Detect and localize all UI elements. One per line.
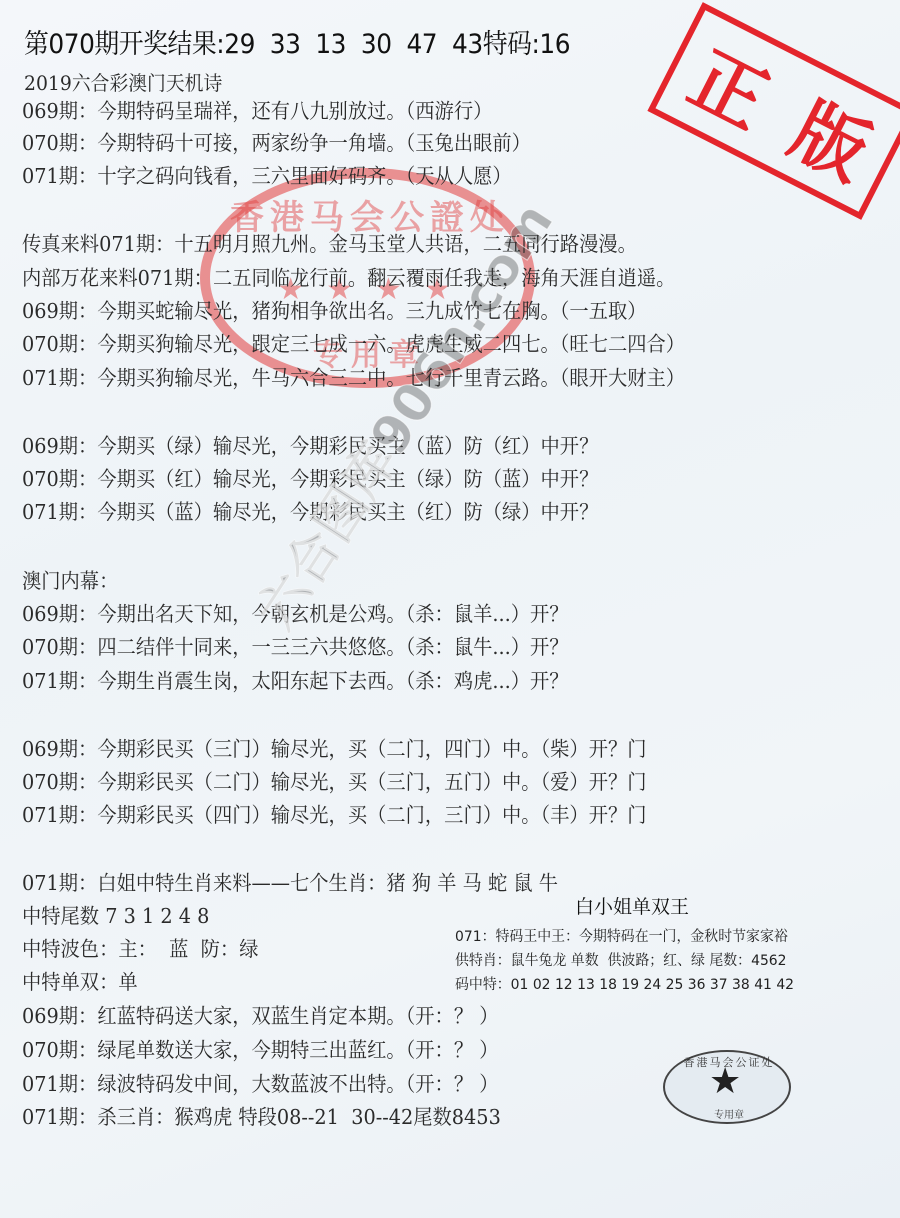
macau-line: 070期：四二结伴十同来，一三三六共悠悠。（杀：鼠牛...）开？ bbox=[22, 634, 569, 660]
fax-line: 内部万花来料071期：二五同临龙行前。翻云覆雨任我走，海角天涯自逍遥。 bbox=[22, 265, 675, 291]
draw-result-headline: 第070期开奖结果:29 33 13 30 47 43特码:16 bbox=[24, 22, 570, 61]
poem-line: 069期：今期特码呈瑞祥，还有八九别放过。（西游行） bbox=[22, 98, 492, 124]
authentic-stamp: 正 版 bbox=[647, 2, 900, 220]
fax-line: 070期：今期买狗输尽光，跟定三七成一六。虎虎生威二四七。（旺七二四合） bbox=[22, 331, 685, 357]
macau-line: 071期：今期生肖震生岗，太阳东起下去西。（杀：鸡虎...）开？ bbox=[22, 668, 569, 694]
box-line: 供特肖：鼠牛兔龙 单数 供波路；红、绿 尾数：4562 bbox=[455, 949, 787, 970]
door-line: 070期：今期彩民买（二门）输尽光，买（三门，五门）中。（爱）开？门 bbox=[22, 769, 647, 795]
color-line: 070期：今期买（红）输尽光，今期彩民买主（绿）防（蓝）中开？ bbox=[22, 466, 598, 492]
authentic-stamp-char: 正 bbox=[674, 21, 788, 149]
final-line: 071期：绿波特码发中间，大数蓝波不出特。（开：？ ） bbox=[22, 1071, 498, 1097]
bai-oddeven-line: 中特单双：单 bbox=[22, 969, 138, 995]
final-line: 070期：绿尾单数送大家，今期特三出蓝红。（开：？ ） bbox=[22, 1037, 498, 1063]
color-line: 069期：今期买（绿）输尽光，今期彩民买主（蓝）防（红）中开？ bbox=[22, 433, 598, 459]
door-line: 071期：今期彩民买（四门）输尽光，买（二门，三门）中。（丰）开？门 bbox=[22, 802, 647, 828]
door-line: 069期：今期彩民买（三门）输尽光，买（二门，四门）中。（柴）开？门 bbox=[22, 736, 647, 762]
box-line: 071：特码王中王：今期特码在一门，金秋时节家家裕 bbox=[455, 925, 788, 946]
fax-line: 传真来料071期：十五明月照九州。金马玉堂人共语，二五同行路漫漫。 bbox=[22, 231, 637, 257]
bai-zodiac-line: 071期：白姐中特生肖来料——七个生肖：猪 狗 羊 马 蛇 鼠 牛 bbox=[22, 870, 558, 896]
bai-wave-line: 中特波色：主： 蓝 防：绿 bbox=[22, 936, 258, 962]
oval-seal: 香港马会公证处 ★ 专用章 bbox=[663, 1050, 791, 1124]
authentic-stamp-char: 版 bbox=[776, 73, 890, 201]
color-line: 071期：今期买（蓝）输尽光，今期彩民买主（红）防（绿）中开？ bbox=[22, 499, 598, 525]
box-line: 码中特：01 02 12 13 18 19 24 25 36 37 38 41 … bbox=[455, 973, 794, 994]
poem-line: 071期：十字之码向钱看，三六里面好码齐。（天从人愿） bbox=[22, 163, 512, 189]
macau-section-title: 澳门内幕： bbox=[22, 568, 118, 594]
box-title: 白小姐单双王 bbox=[575, 892, 689, 919]
fax-line: 071期：今期买狗输尽光，牛马六合三二中。七行千里青云路。（眼开大财主） bbox=[22, 365, 685, 391]
lottery-document: 香港马会公證处 ★★★★ 专用章 第070期开奖结果:29 33 13 30 4… bbox=[0, 0, 900, 1218]
macau-line: 069期：今期出名天下知，今朝玄机是公鸡。（杀：鼠羊...）开？ bbox=[22, 601, 569, 627]
fax-line: 069期：今期买蛇输尽光，猪狗相争欲出名。三九成竹七在胸。（一五取） bbox=[22, 298, 647, 324]
poem-line: 070期：今期特码十可接，两家纷争一角墙。（玉兔出眼前） bbox=[22, 130, 531, 156]
star-icon: ★ bbox=[709, 1062, 741, 1102]
oval-seal-bottom-text: 专用章 bbox=[701, 1106, 757, 1121]
final-line: 069期：红蓝特码送大家，双蓝生肖定本期。（开：？ ） bbox=[22, 1003, 498, 1029]
final-line: 071期：杀三肖：猴鸡虎 特段08--21 30--42尾数8453 bbox=[22, 1104, 501, 1130]
bai-tail-line: 中特尾数 7 3 1 2 4 8 bbox=[22, 903, 209, 929]
poem-section-title: 2019六合彩澳门天机诗 bbox=[24, 70, 222, 96]
